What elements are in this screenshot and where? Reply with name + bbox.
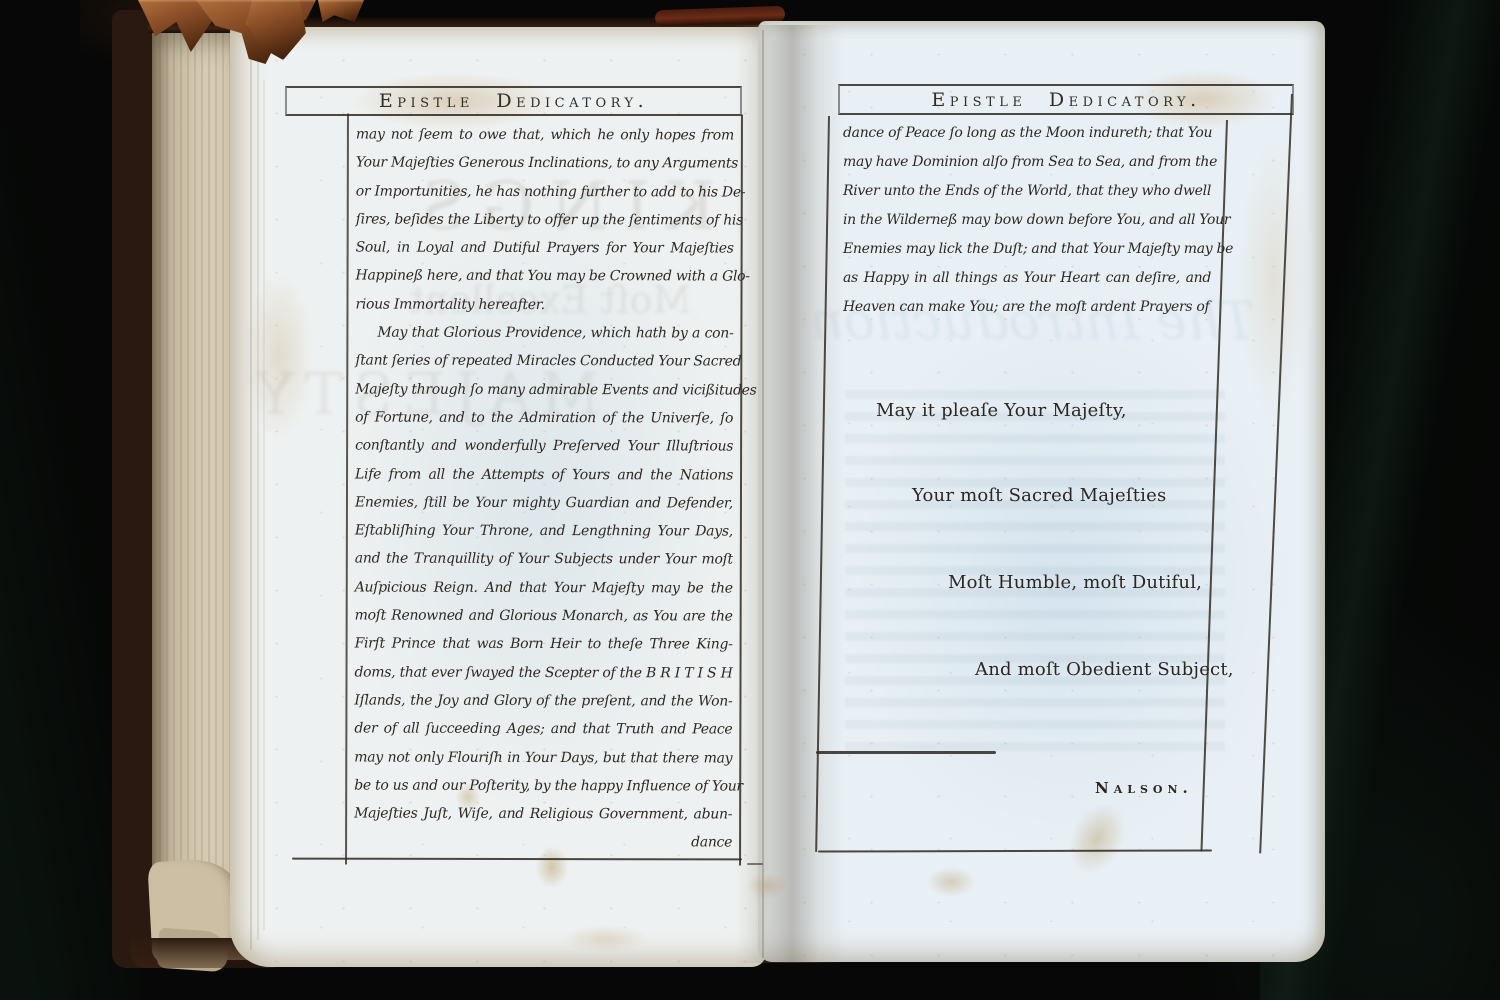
text-line: Eſtabliſhing Your Throne, and Lengthning… — [355, 517, 733, 546]
text-line: doms, that ever ſwayed the Scepter of th… — [354, 658, 732, 687]
photo-of-open-book: KINGS Moſt Excellent MAJESTY Epistle Ded… — [0, 0, 1500, 1000]
text-line: be to us and our Poſterity, by the happy… — [354, 771, 732, 800]
text-line: ſires, beſides the Liberty to offer up t… — [356, 205, 734, 234]
text-line: dance of Peace ſo long as the Moon indur… — [843, 119, 1211, 148]
text-line: Soul, in Loyal and Dutiful Prayers for Y… — [356, 234, 734, 263]
text-line: ſtant ſeries of repeated Miracles Conduc… — [355, 347, 733, 376]
text-line: Majeſty through ſo many admirable Events… — [355, 375, 733, 404]
text-line: conſtantly and wonderfully Preſerved You… — [355, 432, 733, 461]
signature-rule — [816, 751, 996, 754]
text-line: Happineß here, and that You may be Crown… — [356, 262, 734, 291]
inner-page-edge — [250, 45, 252, 950]
inner-page-edge — [257, 60, 259, 940]
text-line: Auſpicious Reign. And that Your Majeſty … — [355, 573, 733, 602]
text-line: River unto the Ends of the World, that t… — [843, 177, 1211, 206]
text-line: Enemies may lick the Duſt; and that Your… — [843, 235, 1211, 264]
text-line: Enemies, ſtill be Your mighty Guardian a… — [355, 488, 733, 517]
closing-line: And moſt Obedient Subject, — [975, 659, 1234, 680]
text-line: and the Tranquillity of Your Subjects un… — [355, 545, 733, 574]
text-line: or Importunities, he has nothing further… — [356, 177, 734, 206]
text-line: may not only Flouriſh in Your Days, but … — [354, 743, 732, 772]
catchword: dance — [354, 828, 732, 857]
text-block-right: dance of Peace ſo long as the Moon indur… — [843, 119, 1211, 322]
text-line: as Happy in all things as Your Heart can… — [843, 264, 1211, 293]
text-line: moſt Renowned and Glorious Monarch, as Y… — [355, 602, 733, 631]
running-header-left: Epistle Dedicatory. — [285, 86, 742, 116]
closing-line: Moſt Humble, moſt Dutiful, — [948, 572, 1202, 593]
text-line: der of all ſucceeding Ages; and that Tru… — [354, 715, 732, 744]
closing-line: Your moſt Sacred Majeſties — [912, 485, 1166, 506]
rule-dash — [747, 863, 763, 865]
text-line: in the Wilderneß may bow down before You… — [843, 206, 1211, 235]
text-line: of Fortune, and to the Admiration of the… — [355, 403, 733, 432]
text-line: Firſt Prince that was Born Heir to theſe… — [355, 630, 733, 659]
salutation: May it pleaſe Your Majeſty, — [876, 400, 1127, 421]
running-header-right: Epistle Dedicatory. — [838, 84, 1294, 115]
text-line: Your Majeſties Generous Inclinations, to… — [356, 149, 734, 178]
inner-page-edge — [263, 80, 265, 930]
text-line: Iſlands, the Joy and Glory of the preſen… — [354, 686, 732, 715]
text-line: Life from all the Attempts of Yours and … — [355, 460, 733, 489]
text-line: may not ſeem to owe that, which he only … — [356, 121, 734, 150]
text-line: may have Dominion alſo from Sea to Sea, … — [843, 148, 1211, 177]
gutter-crease — [762, 30, 764, 958]
text-line: May that Glorious Providence, which hath… — [355, 319, 733, 348]
text-frame-left: may not ſeem to owe that, which he only … — [345, 113, 743, 865]
text-line: rious Immortality hereafter. — [355, 290, 733, 319]
signature-nalson: Nalson. — [1095, 779, 1193, 797]
text-line: Majeſties Juſt, Wiſe, and Religious Gove… — [354, 800, 732, 829]
text-line: Heaven can make You; are the moſt ardent… — [843, 293, 1211, 322]
